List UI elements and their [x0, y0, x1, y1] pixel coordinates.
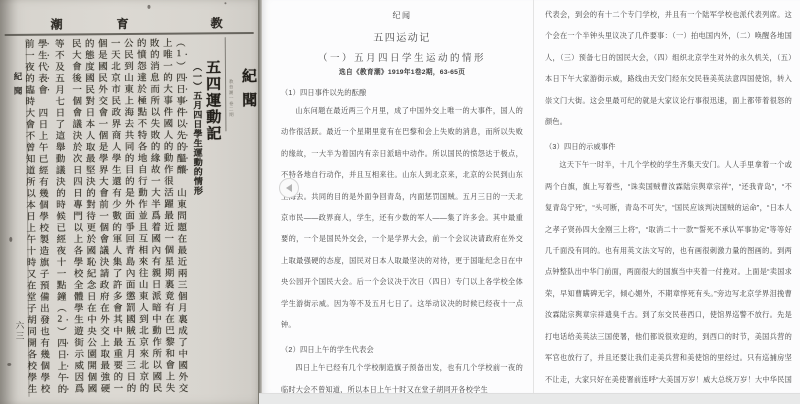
text-page-spread: 纪闻五四运动记（一）五月四日学生运动的情形选自《教育潮》1919年1卷2期，63… [262, 0, 800, 393]
previous-page-button[interactable] [279, 178, 299, 198]
scan-body-text: （1）四日事件以先的醞釀 山東問題在最近兩三個月裏成了中國外交上唯一的大事件國人… [25, 38, 192, 397]
scan-main-title: 五四運動記 [202, 59, 224, 149]
scan-paragraph: 山東問題在最近兩三個月裏成了中國外交上唯一的大事件國人的動作很活躍最近一個星期裏… [53, 38, 187, 395]
volume-note: 教育潮一卷二期 [228, 79, 234, 129]
scan-section-label: 紀聞 [238, 68, 259, 138]
article-header-line: 选自《教育潮》1919年1卷2期，63-65页 [281, 68, 523, 78]
article-header-line: 纪闻 [281, 0, 523, 21]
page-number: 六三 [14, 321, 26, 342]
paragraph: 四日上午已经有几个学校制造旗子预备出发，也有几个学校前一夜的临时大会不曾知道，所… [281, 357, 523, 393]
scan-speck [7, 363, 11, 366]
section-heading: （1）四日事件以先的酝酿 [281, 86, 523, 100]
scan-speck [147, 5, 150, 9]
paragraph: 这天下午一时半，十几个学校的学生齐集天安门。人人手里拿着一个或两个白旗，旗上写着… [545, 154, 792, 393]
text-page-right-column: 代表会，到会的有十二个专门学校，并且有一个陆军学校也派代表列席。这个会在一个半钟… [545, 0, 792, 393]
scan-content: 潮 育 教 紀聞 六三 （1）四日事件以先的醞釀 山東問題在最近兩三個月裏成了中… [0, 0, 259, 404]
journal-title-char: 教 [211, 14, 223, 31]
scan-speck [9, 237, 12, 242]
scanned-page: 潮 育 教 紀聞 六三 （1）四日事件以先的醞釀 山東問題在最近兩三個月裏成了中… [0, 0, 259, 404]
journal-title-char: 育 [117, 15, 129, 32]
scan-section-heading: （1）四日事件以先的醞釀 [174, 38, 185, 177]
journal-title-char: 潮 [51, 16, 63, 33]
app-bottom-strip [259, 393, 800, 404]
chevron-left-icon [286, 184, 292, 192]
text-page-left-column: 纪闻五四运动记（一）五月四日学生运动的情形选自《教育潮》1919年1卷2期，63… [281, 0, 523, 393]
title-rule [225, 37, 227, 131]
section-heading: （2）四日上午的学生代表会 [281, 343, 523, 357]
reader-app: 潮 育 教 紀聞 六三 （1）四日事件以先的醞釀 山東問題在最近兩三個月裏成了中… [0, 0, 800, 404]
article-header-line: （一）五月四日学生运动的情形 [281, 53, 523, 65]
scan-speck [224, 2, 226, 4]
page-divider-line [533, 0, 534, 393]
margin-running-label: 紀聞 [12, 72, 24, 101]
header-rule [5, 32, 254, 36]
article-header-line: 五四运动记 [281, 33, 523, 45]
paragraph: 山东问题在最近两三个月里，成了中国外交上唯一的大事件，国人的动作很活跃。最近一个… [281, 100, 523, 335]
section-heading: （3）四日的示威事件 [545, 140, 792, 154]
paragraph: 代表会，到会的有十二个专门学校，并且有一个陆军学校也派代表列席。这个会在一个半钟… [545, 0, 792, 132]
